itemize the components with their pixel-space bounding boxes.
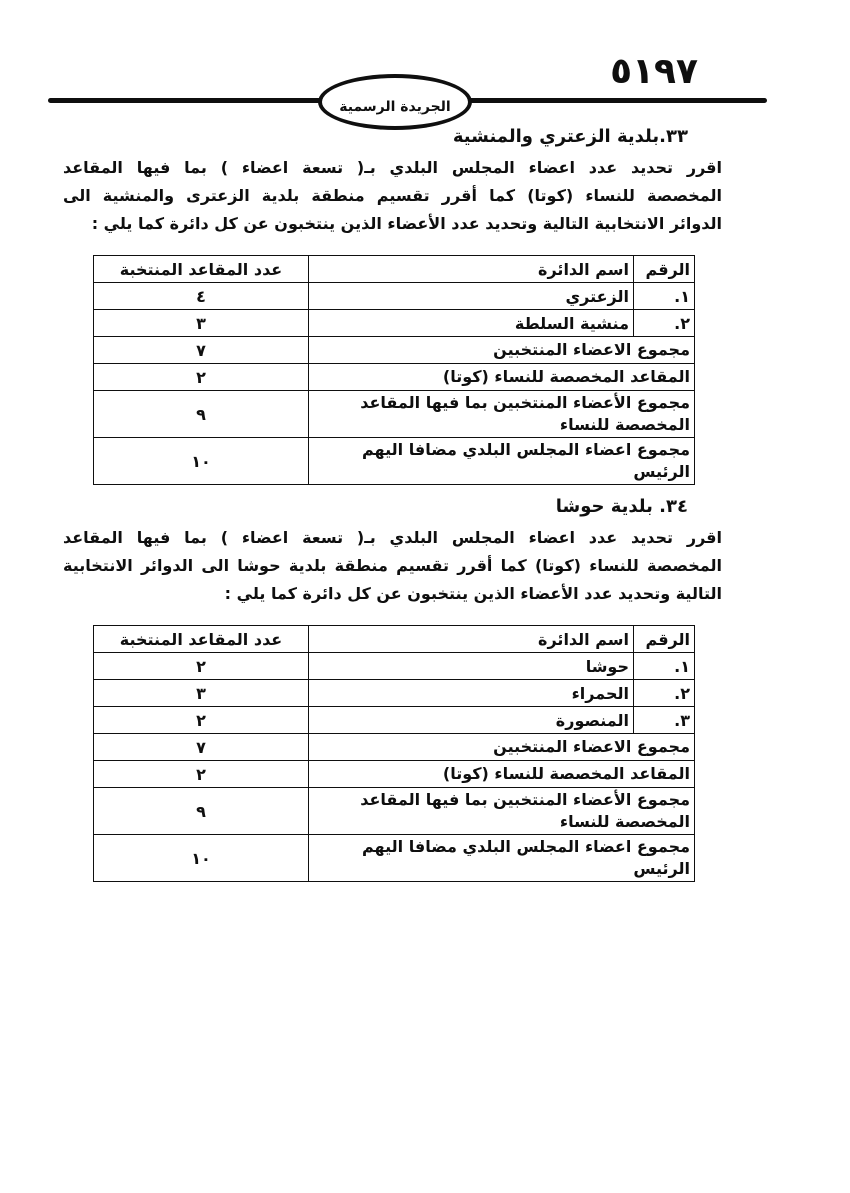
districts-table-wrap: الرقماسم الدائرةعدد المقاعد المنتخبة١.حو… bbox=[93, 625, 695, 882]
column-header: اسم الدائرة bbox=[309, 256, 634, 283]
summary-row: مجموع الأعضاء المنتخبين بما فيها المقاعد… bbox=[94, 788, 695, 835]
paragraph-line: التالية وتحديد عدد الأعضاء الذين ينتخبون… bbox=[63, 580, 722, 608]
summary-row: مجموع اعضاء المجلس البلدي مضافا اليهم ال… bbox=[94, 835, 695, 882]
district-number: ٢. bbox=[634, 310, 695, 337]
section-paragraph: اقرر تحديد عدد اعضاء المجلس البلدي بـ( ت… bbox=[63, 524, 722, 608]
district-seats: ٤ bbox=[94, 283, 309, 310]
summary-label: مجموع الاعضاء المنتخبين bbox=[309, 734, 695, 761]
summary-row: مجموع الاعضاء المنتخبين٧ bbox=[94, 337, 695, 364]
summary-label: مجموع اعضاء المجلس البلدي مضافا اليهم ال… bbox=[309, 835, 695, 882]
summary-row: المقاعد المخصصة للنساء (كوتا)٢ bbox=[94, 364, 695, 391]
summary-row: مجموع الاعضاء المنتخبين٧ bbox=[94, 734, 695, 761]
summary-value: ٧ bbox=[94, 337, 309, 364]
district-seats: ٢ bbox=[94, 653, 309, 680]
summary-value: ٧ bbox=[94, 734, 309, 761]
summary-label: مجموع الأعضاء المنتخبين بما فيها المقاعد… bbox=[309, 391, 695, 438]
district-row: ٢.منشية السلطة٣ bbox=[94, 310, 695, 337]
page-number: ٥١٩٧ bbox=[610, 52, 698, 92]
paragraph-line: المخصصة للنساء (كوتا) كما أقرر تقسيم منط… bbox=[63, 552, 722, 580]
district-name: منشية السلطة bbox=[309, 310, 634, 337]
column-header: عدد المقاعد المنتخبة bbox=[94, 256, 309, 283]
district-number: ١. bbox=[634, 653, 695, 680]
summary-value: ٢ bbox=[94, 761, 309, 788]
paragraph-line: الدوائر الانتخابية التالية وتحديد عدد ال… bbox=[63, 210, 722, 238]
district-row: ٢.الحمراء٣ bbox=[94, 680, 695, 707]
gazette-label: الجريدة الرسمية bbox=[339, 89, 450, 115]
summary-value: ١٠ bbox=[94, 835, 309, 882]
column-header: عدد المقاعد المنتخبة bbox=[94, 626, 309, 653]
gazette-seal: الجريدة الرسمية bbox=[318, 74, 472, 130]
district-name: الزعتري bbox=[309, 283, 634, 310]
district-row: ١.حوشا٢ bbox=[94, 653, 695, 680]
section-33: ٣٣.بلدية الزعتري والمنشية اقرر تحديد عدد… bbox=[63, 124, 722, 485]
section-title: ٣٤. بلدية حوشا bbox=[63, 494, 722, 520]
table-header-row: الرقماسم الدائرةعدد المقاعد المنتخبة bbox=[94, 626, 695, 653]
summary-value: ١٠ bbox=[94, 438, 309, 485]
summary-value: ٩ bbox=[94, 391, 309, 438]
column-header: الرقم bbox=[634, 256, 695, 283]
gazette-page: ٥١٩٧ الجريدة الرسمية ٣٣.بلدية الزعتري وا… bbox=[0, 0, 850, 1193]
district-name: الحمراء bbox=[309, 680, 634, 707]
district-seats: ٣ bbox=[94, 680, 309, 707]
district-number: ٢. bbox=[634, 680, 695, 707]
district-number: ١. bbox=[634, 283, 695, 310]
district-name: حوشا bbox=[309, 653, 634, 680]
district-seats: ٣ bbox=[94, 310, 309, 337]
summary-row: المقاعد المخصصة للنساء (كوتا)٢ bbox=[94, 761, 695, 788]
district-number: ٣. bbox=[634, 707, 695, 734]
section-34: ٣٤. بلدية حوشا اقرر تحديد عدد اعضاء المج… bbox=[63, 494, 722, 882]
section-title: ٣٣.بلدية الزعتري والمنشية bbox=[63, 124, 722, 150]
summary-label: المقاعد المخصصة للنساء (كوتا) bbox=[309, 364, 695, 391]
summary-row: مجموع اعضاء المجلس البلدي مضافا اليهم ال… bbox=[94, 438, 695, 485]
summary-value: ٩ bbox=[94, 788, 309, 835]
column-header: اسم الدائرة bbox=[309, 626, 634, 653]
district-row: ٣.المنصورة٢ bbox=[94, 707, 695, 734]
table-header-row: الرقماسم الدائرةعدد المقاعد المنتخبة bbox=[94, 256, 695, 283]
column-header: الرقم bbox=[634, 626, 695, 653]
section-paragraph: اقرر تحديد عدد اعضاء المجلس البلدي بـ( ت… bbox=[63, 154, 722, 238]
summary-row: مجموع الأعضاء المنتخبين بما فيها المقاعد… bbox=[94, 391, 695, 438]
district-row: ١.الزعتري٤ bbox=[94, 283, 695, 310]
summary-label: مجموع الأعضاء المنتخبين بما فيها المقاعد… bbox=[309, 788, 695, 835]
paragraph-line: المخصصة للنساء (كوتا) كما أقرر تقسيم منط… bbox=[63, 182, 722, 210]
districts-table: الرقماسم الدائرةعدد المقاعد المنتخبة١.حو… bbox=[93, 625, 695, 882]
paragraph-line: اقرر تحديد عدد اعضاء المجلس البلدي بـ( ت… bbox=[63, 524, 722, 552]
district-name: المنصورة bbox=[309, 707, 634, 734]
paragraph-line: اقرر تحديد عدد اعضاء المجلس البلدي بـ( ت… bbox=[63, 154, 722, 182]
summary-label: المقاعد المخصصة للنساء (كوتا) bbox=[309, 761, 695, 788]
districts-table-wrap: الرقماسم الدائرةعدد المقاعد المنتخبة١.ال… bbox=[93, 255, 695, 485]
district-seats: ٢ bbox=[94, 707, 309, 734]
summary-label: مجموع اعضاء المجلس البلدي مضافا اليهم ال… bbox=[309, 438, 695, 485]
districts-table: الرقماسم الدائرةعدد المقاعد المنتخبة١.ال… bbox=[93, 255, 695, 485]
summary-value: ٢ bbox=[94, 364, 309, 391]
summary-label: مجموع الاعضاء المنتخبين bbox=[309, 337, 695, 364]
